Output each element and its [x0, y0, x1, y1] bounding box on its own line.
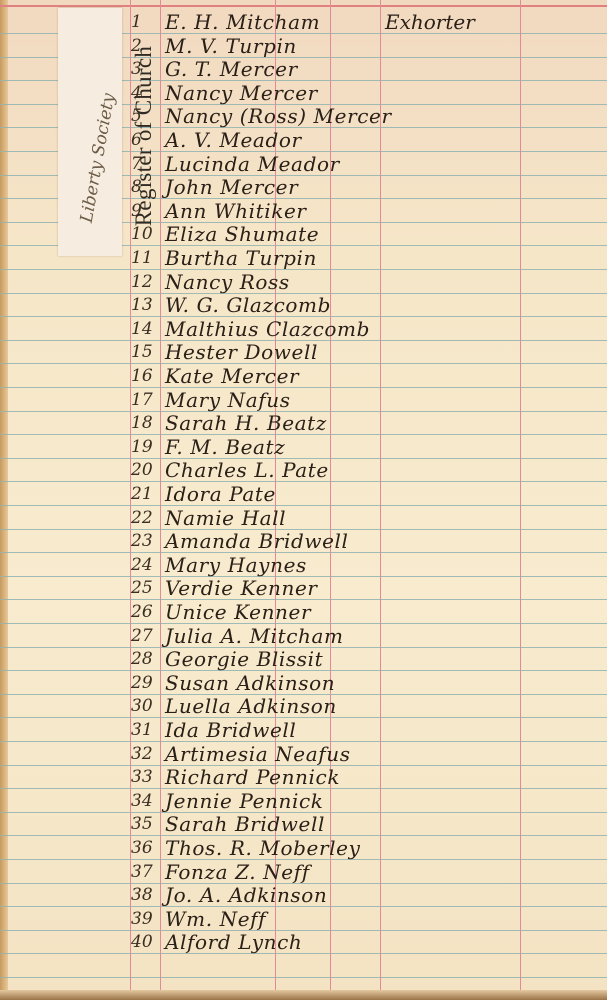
- list-item: 4Nancy Mercer: [0, 81, 607, 105]
- list-item: 17Mary Nafus: [0, 388, 607, 412]
- entry-number: 32: [131, 744, 161, 764]
- list-item: 27Julia A. Mitcham: [0, 624, 607, 648]
- member-name: Thos. R. Moberley: [165, 836, 360, 860]
- member-name: Idora Pate: [165, 482, 276, 506]
- member-name: Amanda Bridwell: [165, 529, 349, 553]
- entry-number: 18: [131, 413, 161, 433]
- member-name: Verdie Kenner: [165, 576, 318, 600]
- list-item: 35Sarah Bridwell: [0, 812, 607, 836]
- list-item: 21Idora Pate: [0, 482, 607, 506]
- entry-number: 3: [131, 59, 161, 79]
- member-name: Richard Pennick: [165, 765, 340, 789]
- entry-number: 38: [131, 885, 161, 905]
- list-item: 5Nancy (Ross) Mercer: [0, 104, 607, 128]
- list-item: 26Unice Kenner: [0, 600, 607, 624]
- entry-number: 21: [131, 484, 161, 504]
- entry-number: 8: [131, 177, 161, 197]
- member-name: Jennie Pennick: [165, 789, 323, 813]
- entry-number: 16: [131, 366, 161, 386]
- entry-number: 11: [131, 248, 161, 268]
- entry-number: 36: [131, 838, 161, 858]
- list-item: 38Jo. A. Adkinson: [0, 883, 607, 907]
- list-item: 25Verdie Kenner: [0, 576, 607, 600]
- member-name: Burtha Turpin: [165, 246, 317, 270]
- page-bottom-edge: [0, 990, 607, 1000]
- list-item: 11Burtha Turpin: [0, 246, 607, 270]
- member-name: Hester Dowell: [165, 340, 318, 364]
- member-name: Lucinda Meador: [165, 152, 340, 176]
- entry-number: 22: [131, 508, 161, 528]
- list-item: 24Mary Haynes: [0, 553, 607, 577]
- list-item: 12Nancy Ross: [0, 270, 607, 294]
- list-item: 22Namie Hall: [0, 506, 607, 530]
- entry-number: 20: [131, 460, 161, 480]
- member-name: Nancy Mercer: [165, 81, 318, 105]
- list-item: 3G. T. Mercer: [0, 57, 607, 81]
- member-name: Unice Kenner: [165, 600, 311, 624]
- entry-number: 39: [131, 909, 161, 929]
- list-item: 6A. V. Meador: [0, 128, 607, 152]
- member-name: G. T. Mercer: [165, 57, 298, 81]
- member-name: E. H. Mitcham: [165, 10, 320, 34]
- entry-number: 40: [131, 932, 161, 952]
- entry-number: 29: [131, 673, 161, 693]
- entry-number: 17: [131, 390, 161, 410]
- entry-number: 14: [131, 319, 161, 339]
- member-name: W. G. Glazcomb: [165, 293, 331, 317]
- entry-number: 25: [131, 578, 161, 598]
- member-name: Luella Adkinson: [165, 694, 337, 718]
- entry-number: 7: [131, 154, 161, 174]
- ruled-line: [0, 977, 607, 978]
- list-item: 2M. V. Turpin: [0, 34, 607, 58]
- list-item: 33Richard Pennick: [0, 765, 607, 789]
- list-item: 16Kate Mercer: [0, 364, 607, 388]
- member-note: Exhorter: [385, 10, 475, 34]
- list-item: 13W. G. Glazcomb: [0, 293, 607, 317]
- member-name: Malthius Clazcomb: [165, 317, 370, 341]
- member-name: Julia A. Mitcham: [165, 624, 344, 648]
- member-name: Nancy Ross: [165, 270, 290, 294]
- entry-number: 10: [131, 224, 161, 244]
- entry-number: 9: [131, 201, 161, 221]
- list-item: 23Amanda Bridwell: [0, 529, 607, 553]
- entry-number: 31: [131, 720, 161, 740]
- entry-number: 24: [131, 555, 161, 575]
- member-name: Mary Haynes: [165, 553, 307, 577]
- list-item: 8John Mercer: [0, 175, 607, 199]
- entry-number: 6: [131, 130, 161, 150]
- list-item: 20Charles L. Pate: [0, 458, 607, 482]
- member-name: Ida Bridwell: [165, 718, 296, 742]
- member-name: Georgie Blissit: [165, 647, 323, 671]
- member-name: Wm. Neff: [165, 907, 266, 931]
- entry-number: 15: [131, 342, 161, 362]
- list-item: 34Jennie Pennick: [0, 789, 607, 813]
- list-item: 10Eliza Shumate: [0, 222, 607, 246]
- member-name: Kate Mercer: [165, 364, 299, 388]
- member-name: Artimesia Neafus: [165, 742, 351, 766]
- list-item: 40Alford Lynch: [0, 930, 607, 954]
- member-name: M. V. Turpin: [165, 34, 297, 58]
- list-item: 9Ann Whitiker: [0, 199, 607, 223]
- entry-number: 30: [131, 696, 161, 716]
- member-name: Ann Whitiker: [165, 199, 307, 223]
- ledger-page: Liberty Society Register of Church 1E. H…: [0, 0, 607, 1000]
- member-name: Namie Hall: [165, 506, 286, 530]
- entry-number: 13: [131, 295, 161, 315]
- entry-number: 37: [131, 862, 161, 882]
- entry-number: 26: [131, 602, 161, 622]
- list-item: 15Hester Dowell: [0, 340, 607, 364]
- entry-number: 12: [131, 272, 161, 292]
- entry-number: 1: [131, 12, 161, 32]
- entry-number: 27: [131, 626, 161, 646]
- member-name: Sarah Bridwell: [165, 812, 325, 836]
- member-name: Charles L. Pate: [165, 458, 329, 482]
- list-item: 30Luella Adkinson: [0, 694, 607, 718]
- entry-number: 4: [131, 83, 161, 103]
- member-name: Mary Nafus: [165, 388, 291, 412]
- list-item: 7Lucinda Meador: [0, 152, 607, 176]
- entry-number: 34: [131, 791, 161, 811]
- list-item: 18Sarah H. Beatz: [0, 411, 607, 435]
- list-item: 37Fonza Z. Neff: [0, 860, 607, 884]
- entry-number: 5: [131, 106, 161, 126]
- member-name: Eliza Shumate: [165, 222, 319, 246]
- member-name: Fonza Z. Neff: [165, 860, 310, 884]
- entry-number: 2: [131, 36, 161, 56]
- list-item: 19F. M. Beatz: [0, 435, 607, 459]
- list-item: 28Georgie Blissit: [0, 647, 607, 671]
- list-item: 31Ida Bridwell: [0, 718, 607, 742]
- entry-number: 33: [131, 767, 161, 787]
- entry-number: 35: [131, 814, 161, 834]
- member-name: Alford Lynch: [165, 930, 302, 954]
- list-item: 32Artimesia Neafus: [0, 742, 607, 766]
- entry-number: 19: [131, 437, 161, 457]
- list-item: 39Wm. Neff: [0, 907, 607, 931]
- list-item: 1E. H. MitchamExhorter: [0, 10, 607, 34]
- member-name: Jo. A. Adkinson: [165, 883, 327, 907]
- member-name: F. M. Beatz: [165, 435, 285, 459]
- list-item: 36Thos. R. Moberley: [0, 836, 607, 860]
- list-item: 29Susan Adkinson: [0, 671, 607, 695]
- entry-number: 28: [131, 649, 161, 669]
- member-name: John Mercer: [165, 175, 298, 199]
- list-item: 14Malthius Clazcomb: [0, 317, 607, 341]
- member-name: Nancy (Ross) Mercer: [165, 104, 392, 128]
- entry-number: 23: [131, 531, 161, 551]
- top-red-rule: [0, 5, 607, 7]
- member-name: Susan Adkinson: [165, 671, 335, 695]
- member-name: Sarah H. Beatz: [165, 411, 327, 435]
- member-name: A. V. Meador: [165, 128, 302, 152]
